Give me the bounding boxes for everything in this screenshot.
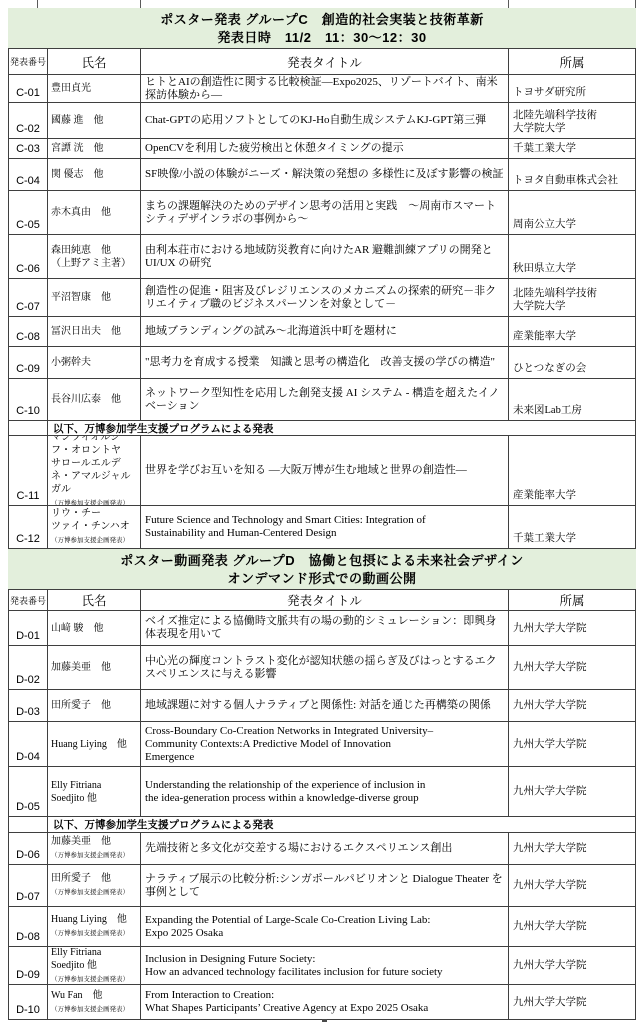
cell-presentation-id: C-01 [9, 75, 48, 103]
table-subtitle: 発表日時 11/2 11：30～12：30 [8, 29, 636, 47]
cell-presenter-name: 國藤 進 他 [48, 103, 141, 139]
presenter-name: リウ・チー ツァイ・チンハオ [51, 508, 130, 532]
table-row: D-09Elly Fitriana Soedjito 他 （万博参加支援企画発表… [9, 947, 636, 985]
table-grid: 発表番号氏名発表タイトル所属C-01豊田貞光ヒトとAIの創造性に関する比較検証—… [8, 48, 636, 549]
presenter-name: マンライオルシフ・オロントヤ サロールエルデネ・アマルジャルガル [51, 436, 131, 495]
cell-presentation-title: "思考力を育成する授業 知識と思考の構造化 改善支援の学びの構造" [141, 347, 509, 379]
cell-presentation-id: D-03 [9, 690, 48, 722]
cell-presenter-name: 平沼智康 他 [48, 279, 141, 317]
cell-presenter-name: 小粥幹夫 [48, 347, 141, 379]
table-title: ポスター発表 グループC 創造的社会実装と技術革新 [8, 11, 636, 29]
column-header-row: 発表番号氏名発表タイトル所属 [9, 590, 636, 611]
cell-affiliation: トヨタ自動車株式会社 [509, 159, 636, 191]
presenter-name-text: 平沼智康 他 [51, 291, 137, 304]
cell-presentation-title: 中心光の輝度コントラスト変化が認知状態の揺らぎ及びはっとするエクスペリエンスに与… [141, 646, 509, 690]
column-header-title: 発表タイトル [141, 590, 509, 611]
presenter-note: （万博参加支援企画発表） [51, 1006, 129, 1013]
table-row: D-01山﨑 駿 他ベイズ推定による協働時文脈共有の場の動的シミュレーション：即… [9, 611, 636, 646]
cell-presenter-name: Elly Fitriana Soedjito 他 （万博参加支援企画発表） [48, 947, 141, 985]
cell-presentation-id: D-02 [9, 646, 48, 690]
cell-presenter-name: Elly Fitriana Soedjito 他 [48, 767, 141, 817]
presenter-name-text: Wu Fan 他 （万博参加支援企画発表） [51, 989, 137, 1016]
presenter-name: Huang Liying 他 [51, 739, 127, 750]
table-row: C-11マンライオルシフ・オロントヤ サロールエルデネ・アマルジャルガル （万博… [9, 436, 636, 506]
column-header-name: 氏名 [48, 49, 141, 75]
cell-presenter-name: リウ・チー ツァイ・チンハオ （万博参加支援企画発表） [48, 506, 141, 549]
presenter-name-text: 森田純恵 他 （上野アミ主著） [51, 244, 137, 270]
cell-affiliation: 九州大学大学院 [509, 611, 636, 646]
table-grid: 発表番号氏名発表タイトル所属D-01山﨑 駿 他ベイズ推定による協働時文脈共有の… [8, 589, 636, 1020]
cell-presenter-name: 森田純恵 他 （上野アミ主著） [48, 235, 141, 279]
cell-presentation-id: D-04 [9, 722, 48, 767]
cell-presentation-title: 地域課題に対する個人ナラティブと関係性: 対話を通じた再構築の関係 [141, 690, 509, 722]
presenter-name: 加藤美亜 他 [51, 662, 111, 673]
presenter-name: 関 優志 他 [51, 169, 104, 180]
section-header-row: 以下、万博参加学生支援プログラムによる発表 [9, 421, 636, 436]
cell-presentation-title: ナラティブ展示の比較分析:シンガポールパビリオンと Dialogue Theat… [141, 865, 509, 907]
section-label: 以下、万博参加学生支援プログラムによる発表 [48, 817, 636, 833]
presenter-name: 平沼智康 他 [51, 292, 111, 303]
column-header-name: 氏名 [48, 590, 141, 611]
cell-affiliation: トヨサダ研究所 [509, 75, 636, 103]
table-row: C-06森田純恵 他 （上野アミ主著）由利本荘市における地域防災教育に向けたAR… [9, 235, 636, 279]
presenter-note: （万博参加支援企画発表） [51, 930, 129, 937]
presenter-name-text: 田所愛子 他 [51, 699, 137, 712]
table-row: C-01豊田貞光ヒトとAIの創造性に関する比較検証—Expo2025、リゾートバ… [9, 75, 636, 103]
cell-empty [9, 817, 48, 833]
presenter-name-text: Huang Liying 他 [51, 738, 137, 751]
presenter-name: Elly Fitriana Soedjito 他 [51, 947, 101, 971]
presenter-name: Wu Fan 他 [51, 990, 103, 1001]
presenter-name-text: 加藤美亜 他 [51, 661, 137, 674]
cell-presentation-id: C-11 [9, 436, 48, 506]
cell-presenter-name: 赤木真由 他 [48, 191, 141, 235]
tables-container: ポスター発表 グループC 創造的社会実装と技術革新発表日時 11/2 11：30… [0, 8, 640, 1020]
cell-presentation-id: C-07 [9, 279, 48, 317]
cell-presentation-title: Future Science and Technology and Smart … [141, 506, 509, 549]
cell-affiliation: 周南公立大学 [509, 191, 636, 235]
cell-presentation-title: まちの課題解決のためのデザイン思考の活用と実践 ～周南市スマートシティデザインラ… [141, 191, 509, 235]
table-row: C-05赤木真由 他まちの課題解決のためのデザイン思考の活用と実践 ～周南市スマ… [9, 191, 636, 235]
column-header-affiliation: 所属 [509, 590, 636, 611]
cell-presentation-id: D-10 [9, 985, 48, 1020]
cell-presenter-name: 田所愛子 他 [48, 690, 141, 722]
table-row: C-08冨沢日出夫 他地域ブランディングの試み～北海道浜中町を題材に産業能率大学 [9, 317, 636, 347]
table-subtitle: オンデマンド形式での動画公開 [8, 570, 636, 588]
cell-affiliation: 九州大学大学院 [509, 865, 636, 907]
cell-presentation-title: Understanding the relationship of the ex… [141, 767, 509, 817]
cell-presentation-id: D-07 [9, 865, 48, 907]
cell-affiliation: 北陸先端科学技術 大学院大学 [509, 103, 636, 139]
presenter-name-text: 長谷川広泰 他 [51, 393, 137, 406]
cell-affiliation: 産業能率大学 [509, 317, 636, 347]
cell-presentation-id: D-08 [9, 907, 48, 947]
presenter-name-text: Elly Fitriana Soedjito 他 （万博参加支援企画発表） [51, 947, 137, 985]
presenter-name-text: 國藤 進 他 [51, 114, 137, 127]
presenter-name: 國藤 進 他 [51, 115, 104, 126]
table-row: D-10Wu Fan 他 （万博参加支援企画発表）From Interactio… [9, 985, 636, 1020]
section-label: 以下、万博参加学生支援プログラムによる発表 [48, 421, 636, 436]
table-row: C-03宮譚 洸 他OpenCVを利用した疲労検出と休憩タイミングの提示千葉工業… [9, 139, 636, 159]
cell-presentation-id: C-12 [9, 506, 48, 549]
cell-affiliation: 九州大学大学院 [509, 833, 636, 865]
cell-presentation-title: Chat-GPTの応用ソフトとしてのKJ-Ho自動生成システムKJ-GPT第三弾 [141, 103, 509, 139]
presenter-note: （万博参加支援企画発表） [51, 852, 129, 859]
cell-presentation-title: 世界を学びお互いを知る ―大阪万博が生む地域と世界の創造性― [141, 436, 509, 506]
presenter-note: （万博参加支援企画発表） [51, 976, 129, 983]
cell-affiliation: 九州大学大学院 [509, 767, 636, 817]
presenter-name-text: 関 優志 他 [51, 168, 137, 181]
cell-presenter-name: 加藤美亜 他 （万博参加支援企画発表） [48, 833, 141, 865]
table-row: D-03田所愛子 他地域課題に対する個人ナラティブと関係性: 対話を通じた再構築… [9, 690, 636, 722]
presenter-name-text: マンライオルシフ・オロントヤ サロールエルデネ・アマルジャルガル （万博参加支援… [51, 436, 137, 506]
presenter-name: 赤木真由 他 [51, 207, 111, 218]
cell-presenter-name: 山﨑 駿 他 [48, 611, 141, 646]
presenter-name: 森田純恵 他 （上野アミ主著） [51, 245, 131, 269]
presenter-name: 田所愛子 他 [51, 700, 111, 711]
presenter-name-text: Huang Liying 他 （万博参加支援企画発表） [51, 913, 137, 940]
cell-presenter-name: Huang Liying 他 [48, 722, 141, 767]
presenter-name: 加藤美亜 他 [51, 836, 111, 847]
table-row: D-08Huang Liying 他 （万博参加支援企画発表）Expanding… [9, 907, 636, 947]
cell-presenter-name: 冨沢日出夫 他 [48, 317, 141, 347]
presenter-name-text: 田所愛子 他 （万博参加支援企画発表） [51, 872, 137, 899]
cell-presentation-id: C-06 [9, 235, 48, 279]
table-fragment-line [635, 0, 636, 8]
page-number-fragment [322, 1019, 327, 1022]
cell-presentation-id: C-10 [9, 379, 48, 421]
table-fragment-line [140, 0, 141, 8]
presenter-note: （万博参加支援企画発表） [51, 889, 129, 896]
presenter-name-text: 赤木真由 他 [51, 206, 137, 219]
cell-presenter-name: 長谷川広泰 他 [48, 379, 141, 421]
cell-affiliation: 産業能率大学 [509, 436, 636, 506]
presenter-name: 山﨑 駿 他 [51, 623, 104, 634]
cell-affiliation: 千葉工業大学 [509, 506, 636, 549]
cell-affiliation: 九州大学大学院 [509, 907, 636, 947]
cell-affiliation: ひとつなぎの会 [509, 347, 636, 379]
table-row: C-02國藤 進 他Chat-GPTの応用ソフトとしてのKJ-Ho自動生成システ… [9, 103, 636, 139]
poster-schedule-page: ポスター発表 グループC 創造的社会実装と技術革新発表日時 11/2 11：30… [0, 0, 640, 1024]
cell-presenter-name: 田所愛子 他 （万博参加支援企画発表） [48, 865, 141, 907]
presenter-name-text: Elly Fitriana Soedjito 他 [51, 779, 137, 805]
cell-presentation-title: 由利本荘市における地域防災教育に向けたAR 避難訓練アプリの開発と UI/UX … [141, 235, 509, 279]
presenter-name-text: 加藤美亜 他 （万博参加支援企画発表） [51, 835, 137, 862]
table-fragment-line [37, 0, 38, 8]
cell-presentation-id: D-01 [9, 611, 48, 646]
presenter-name-text: 山﨑 駿 他 [51, 622, 137, 635]
cell-presentation-id: C-05 [9, 191, 48, 235]
presenter-note: （万博参加支援企画発表） [51, 537, 129, 544]
table-row: D-02加藤美亜 他中心光の輝度コントラスト変化が認知状態の揺らぎ及びはっとする… [9, 646, 636, 690]
presenter-name-text: 小粥幹夫 [51, 356, 137, 369]
cell-presentation-id: D-09 [9, 947, 48, 985]
top-strip [8, 0, 636, 8]
presenter-name: 冨沢日出夫 他 [51, 326, 121, 337]
presenter-name: 小粥幹夫 [51, 357, 91, 368]
cell-affiliation: 北陸先端科学技術 大学院大学 [509, 279, 636, 317]
cell-affiliation: 千葉工業大学 [509, 139, 636, 159]
column-header-id: 発表番号 [9, 590, 48, 611]
cell-presentation-id: C-08 [9, 317, 48, 347]
presenter-name: 長谷川広泰 他 [51, 394, 121, 405]
column-header-affiliation: 所属 [509, 49, 636, 75]
cell-presenter-name: Huang Liying 他 （万博参加支援企画発表） [48, 907, 141, 947]
presenter-name: 宮譚 洸 他 [51, 143, 104, 154]
cell-presentation-title: OpenCVを利用した疲労検出と休憩タイミングの提示 [141, 139, 509, 159]
table-row: C-07平沼智康 他創造性の促進・阻害及びレジリエンスのメカニズムの探索的研究－… [9, 279, 636, 317]
cell-presentation-id: C-03 [9, 139, 48, 159]
presenter-name-text: 宮譚 洸 他 [51, 142, 137, 155]
table-row: D-04Huang Liying 他Cross-Boundary Co-Crea… [9, 722, 636, 767]
presenter-name-text: 豊田貞光 [51, 82, 137, 95]
presenter-name-text: リウ・チー ツァイ・チンハオ （万博参加支援企画発表） [51, 507, 137, 547]
cell-presentation-title: ネットワーク型知性を応用した創発支援 AI システム - 構造を超えたイノベーシ… [141, 379, 509, 421]
column-header-title: 発表タイトル [141, 49, 509, 75]
presenter-name: 田所愛子 他 [51, 873, 111, 884]
presenter-name: Huang Liying 他 [51, 914, 127, 925]
cell-presenter-name: 宮譚 洸 他 [48, 139, 141, 159]
table-fragment-line [508, 0, 509, 8]
cell-presenter-name: マンライオルシフ・オロントヤ サロールエルデネ・アマルジャルガル （万博参加支援… [48, 436, 141, 506]
table-group-d: ポスター動画発表 グループD 協働と包摂による未来社会デザインオンデマンド形式で… [8, 549, 636, 1020]
cell-presentation-title: 創造性の促進・阻害及びレジリエンスのメカニズムの探索的研究－非クリエイティブ職の… [141, 279, 509, 317]
table-title: ポスター動画発表 グループD 協働と包摂による未来社会デザイン [8, 552, 636, 570]
table-row: C-12リウ・チー ツァイ・チンハオ （万博参加支援企画発表）Future Sc… [9, 506, 636, 549]
cell-presentation-id: C-04 [9, 159, 48, 191]
table-row: D-07田所愛子 他 （万博参加支援企画発表）ナラティブ展示の比較分析:シンガポ… [9, 865, 636, 907]
section-header-row: 以下、万博参加学生支援プログラムによる発表 [9, 817, 636, 833]
cell-affiliation: 秋田県立大学 [509, 235, 636, 279]
presenter-name: Elly Fitriana Soedjito 他 [51, 780, 101, 804]
presenter-name-text: 冨沢日出夫 他 [51, 325, 137, 338]
cell-presentation-title: ヒトとAIの創造性に関する比較検証—Expo2025、リゾートバイト、南米探訪体… [141, 75, 509, 103]
cell-affiliation: 九州大学大学院 [509, 722, 636, 767]
table-row: C-10長谷川広泰 他ネットワーク型知性を応用した創発支援 AI システム - … [9, 379, 636, 421]
cell-presenter-name: 加藤美亜 他 [48, 646, 141, 690]
table-row: D-05Elly Fitriana Soedjito 他Understandin… [9, 767, 636, 817]
cell-presentation-title: SF映像/小説の体験がニーズ・解決策の発想の 多様性に及ぼす影響の検証 [141, 159, 509, 191]
cell-presentation-title: From Interaction to Creation: What Shape… [141, 985, 509, 1020]
cell-presentation-id: C-09 [9, 347, 48, 379]
cell-presentation-id: C-02 [9, 103, 48, 139]
cell-presenter-name: 豊田貞光 [48, 75, 141, 103]
cell-presentation-title: 地域ブランディングの試み～北海道浜中町を題材に [141, 317, 509, 347]
cell-empty [9, 421, 48, 436]
table-row: D-06加藤美亜 他 （万博参加支援企画発表）先端技術と多文化が交差する場におけ… [9, 833, 636, 865]
cell-affiliation: 九州大学大学院 [509, 947, 636, 985]
cell-presentation-title: ベイズ推定による協働時文脈共有の場の動的シミュレーション：即興身体表現を用いて [141, 611, 509, 646]
table-group-c: ポスター発表 グループC 創造的社会実装と技術革新発表日時 11/2 11：30… [8, 8, 636, 549]
presenter-name: 豊田貞光 [51, 83, 91, 94]
cell-presentation-title: Cross-Boundary Co-Creation Networks in I… [141, 722, 509, 767]
table-row: C-09小粥幹夫"思考力を育成する授業 知識と思考の構造化 改善支援の学びの構造… [9, 347, 636, 379]
cell-presenter-name: Wu Fan 他 （万博参加支援企画発表） [48, 985, 141, 1020]
table-row: C-04関 優志 他SF映像/小説の体験がニーズ・解決策の発想の 多様性に及ぼす… [9, 159, 636, 191]
cell-presentation-id: D-06 [9, 833, 48, 865]
cell-presentation-title: 先端技術と多文化が交差する場におけるエクスペリエンス創出 [141, 833, 509, 865]
cell-presentation-title: Inclusion in Designing Future Society: H… [141, 947, 509, 985]
column-header-row: 発表番号氏名発表タイトル所属 [9, 49, 636, 75]
table-title-band: ポスター動画発表 グループD 協働と包摂による未来社会デザインオンデマンド形式で… [8, 549, 636, 589]
cell-presentation-id: D-05 [9, 767, 48, 817]
column-header-id: 発表番号 [9, 49, 48, 75]
cell-presentation-title: Expanding the Potential of Large-Scale C… [141, 907, 509, 947]
cell-affiliation: 九州大学大学院 [509, 690, 636, 722]
table-title-band: ポスター発表 グループC 創造的社会実装と技術革新発表日時 11/2 11：30… [8, 8, 636, 48]
cell-affiliation: 九州大学大学院 [509, 985, 636, 1020]
cell-presenter-name: 関 優志 他 [48, 159, 141, 191]
cell-affiliation: 未来図Lab工房 [509, 379, 636, 421]
cell-affiliation: 九州大学大学院 [509, 646, 636, 690]
